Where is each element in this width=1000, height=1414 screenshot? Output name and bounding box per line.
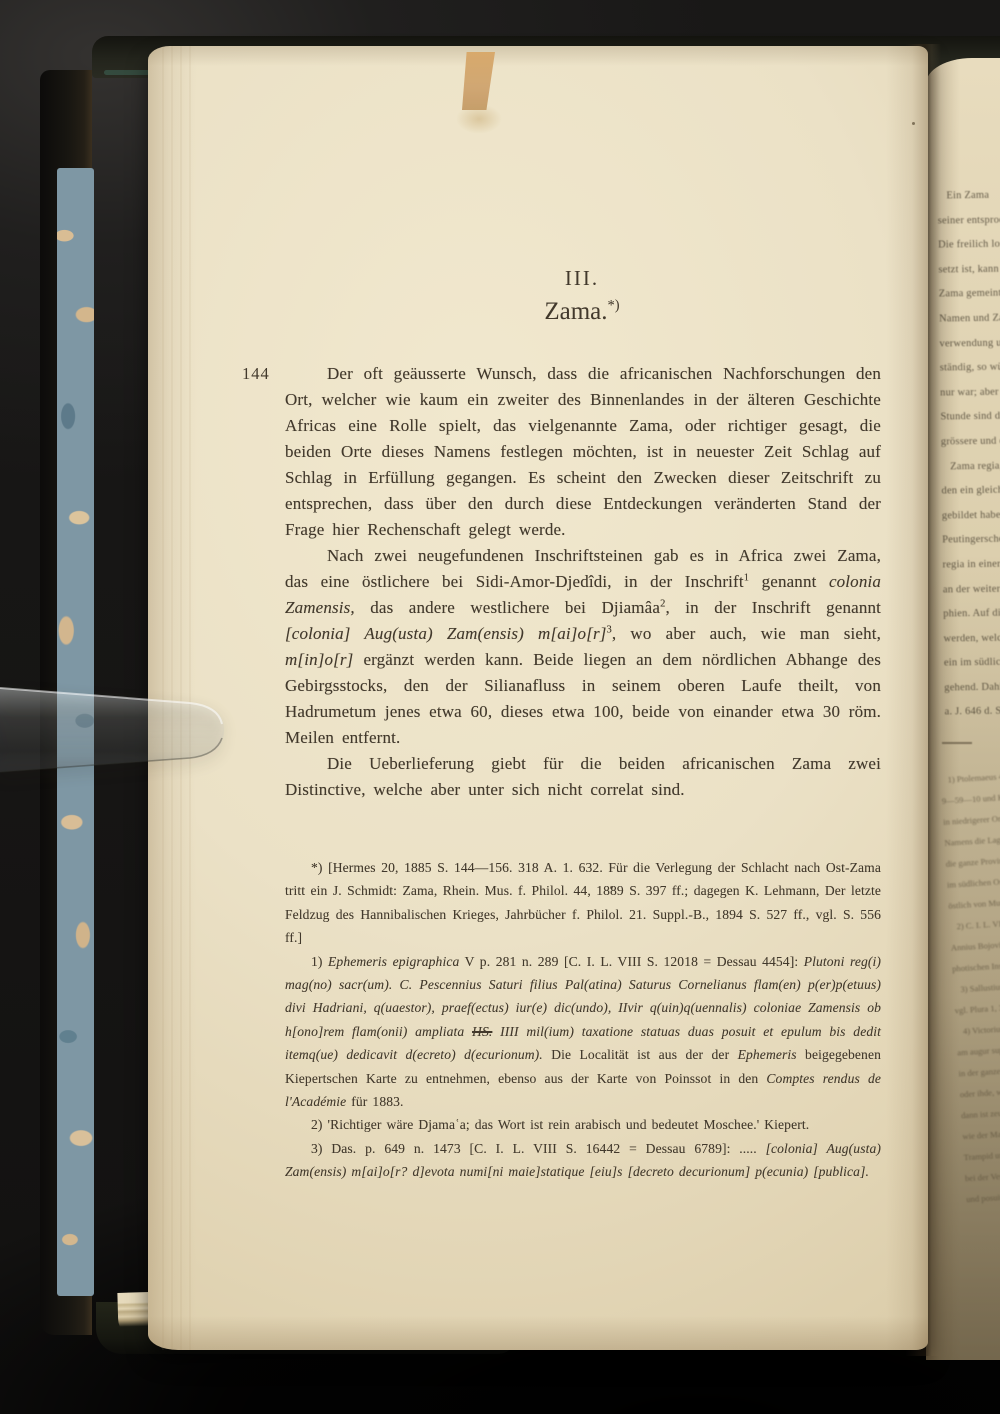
edge-text-line: grössere und das — [941, 429, 1000, 455]
scanned-page: III. Zama.*) 144 Der oft geäusserte Wuns… — [148, 46, 928, 1350]
edge-text-line: Stunde sind die i — [940, 405, 1000, 431]
edge-text-line: seiner entsproch — [938, 208, 1000, 234]
edge-text-line: Zama gemeint is — [939, 282, 1000, 308]
title-footnote-marker: *) — [608, 298, 620, 314]
edge-text-line: Annius Bojovius ein — [950, 933, 1000, 958]
edge-text-line: Zama regia, ab — [941, 454, 1000, 480]
edge-text-line: nur war; aber — [940, 380, 1000, 406]
edge-text-line: dann ist zeug. milliar — [961, 1101, 1000, 1126]
paragraph: Die Ueberlieferung giebt für die beiden … — [285, 751, 881, 803]
plastic-bookmark-tab — [0, 676, 240, 786]
chapter-heading: III. — [285, 266, 879, 291]
edge-text-line: 4) Victorius 4, 1, 3 — [955, 1017, 1000, 1042]
edge-text-line: am augur super regia — [957, 1038, 1000, 1063]
edge-text-line: ein im südlichen — [944, 651, 1000, 677]
edge-text-line: im südlichen Osten a — [946, 870, 1000, 895]
edge-text-line: setzt ist, kann fü — [938, 257, 1000, 283]
edge-text-line: a. J. 646 d. St. — [944, 700, 1000, 726]
paragraph: Nach zwei neugefundenen Inschriftsteinen… — [285, 543, 881, 751]
footnote: 3) Das. p. 649 n. 1473 [C. I. L. VIII S.… — [285, 1137, 881, 1184]
paper-speck — [912, 122, 915, 125]
edge-text-line: Trampid und dessen N — [963, 1143, 1000, 1168]
facing-page-footnote-rule — [942, 742, 972, 744]
page-title: Zama.*) — [285, 298, 879, 326]
page-title-text: Zama. — [544, 298, 607, 325]
edge-text-line: oder ihde, welcher nu — [959, 1080, 1000, 1105]
edge-text-line: den ein gleichna — [941, 479, 1000, 505]
tape-stain — [456, 104, 502, 134]
edge-text-line: gehend. Dahin ge — [944, 675, 1000, 701]
edge-text-line: an der weiter herv — [943, 577, 1000, 603]
tape-fragment — [462, 52, 495, 110]
footnote: *) [Hermes 20, 1885 S. 144—156. 318 A. 1… — [285, 856, 881, 950]
edge-text-line: phien. Auf diese — [943, 602, 1000, 628]
edge-text-line: Ein Zama — [937, 184, 1000, 210]
edge-text-line: verwendung unbe — [939, 331, 1000, 357]
book-scan-photo: Ein Zamaseiner entsprochDie freilich los… — [0, 0, 1000, 1414]
edge-text-line: bei der Vespasian — [964, 1164, 1000, 1189]
edge-text-line: Namen und Zahl — [939, 306, 1000, 332]
edge-text-line: photischen Inschrift — [952, 954, 1000, 979]
paragraph: Der oft geäusserte Wunsch, dass die afri… — [285, 361, 881, 543]
edge-text-line: und posuit — [966, 1185, 1000, 1210]
edge-text-line: werden, welche Zam — [943, 626, 1000, 652]
facing-page-text-fragments: Ein Zamaseiner entsprochDie freilich los… — [937, 184, 1000, 726]
edge-text-line: Peutingerschen Taf — [942, 528, 1000, 554]
footnote: 1) Ephemeris epigraphica V p. 281 n. 289… — [285, 950, 881, 1114]
body-paragraphs: Der oft geäusserte Wunsch, dass die afri… — [285, 361, 881, 803]
edge-text-line: in der ganzen Gebiet — [958, 1059, 1000, 1084]
edge-text-line: ständig, so würde — [940, 356, 1000, 382]
edge-text-line: östlich von Musti, wie — [948, 891, 1000, 916]
edge-text-line: gebildet haben m — [942, 503, 1000, 529]
edge-text-line: regia in einer in — [942, 552, 1000, 578]
footnote: 2) 'Richtiger wäre Djamaʿa; das Wort ist… — [285, 1113, 881, 1136]
facing-page-footnote-fragments: 1) Ptolemaeus 4, 39—59—10 und Kartein ni… — [940, 766, 1000, 1211]
edge-text-line: 3) Sallustius Jug. 5 — [953, 975, 1000, 1000]
edge-text-line: 2) C. I. L. VIII 1880 — [949, 912, 1000, 937]
margin-page-number: 144 — [242, 364, 288, 384]
edge-text-line: wie der Mauretan. — [962, 1122, 1000, 1147]
footnotes-block: *) [Hermes 20, 1885 S. 144—156. 318 A. 1… — [285, 856, 881, 1184]
edge-text-line: Die freilich lose — [938, 233, 1000, 259]
edge-text-line: vgl. Plura 1, 30, 3 — [954, 996, 1000, 1021]
